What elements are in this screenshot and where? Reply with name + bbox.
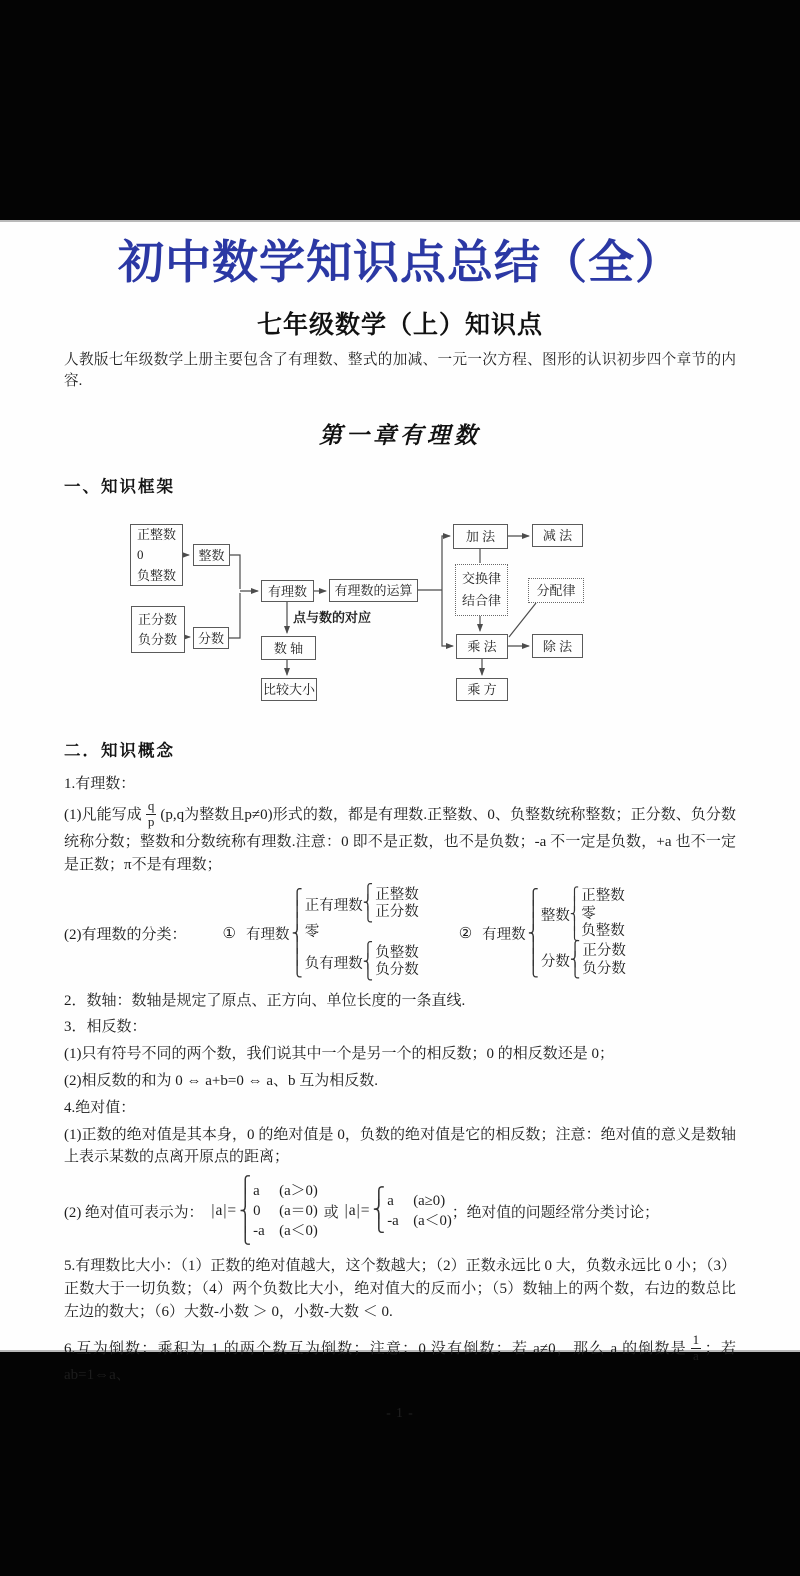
case-row: -a(a＜0) bbox=[253, 1221, 318, 1241]
case-row: 0(a＝0) bbox=[253, 1201, 318, 1221]
concept-4-title: 4.绝对值： bbox=[64, 1097, 736, 1120]
node-rational-operations: 有理数的运算 bbox=[329, 579, 418, 602]
knowledge-flowchart: 正整数 0 负整数 整数 正分数 负分数 分数 有理数 有理数的运算 点与数的对… bbox=[110, 506, 602, 713]
concept-1-title: 1.有理数： bbox=[64, 773, 736, 796]
brace-outer-1: ⎧ ⎪ ⎪ ⎨ ⎪ ⎪ ⎩ bbox=[291, 891, 302, 975]
group-label: 正有理数 bbox=[305, 894, 363, 915]
section-2-heading: 二．知识概念 bbox=[64, 737, 736, 761]
subtitle: 七年级数学（上）知识点 bbox=[64, 305, 736, 341]
main-title: 初中数学知识点总结（全） bbox=[64, 234, 736, 290]
node-compare-size: 比较大小 bbox=[261, 678, 317, 701]
brace-outer-2: ⎧ ⎪ ⎪ ⎨ ⎪ ⎪ ⎩ bbox=[528, 891, 539, 975]
class-item: 负整数 bbox=[375, 945, 419, 962]
brace-cases-1: ⎧ ⎪ ⎨ ⎪ ⎩ bbox=[239, 1179, 251, 1243]
concept-4-1: (1)正数的绝对值是其本身，0 的绝对值是 0，负数的绝对值是它的相反数；注意：… bbox=[64, 1124, 736, 1170]
concept-rational-definition: (1)凡能写成qp(p,q为整数且p≠0)形式的数，都是有理数.正整数、0、负整… bbox=[64, 800, 736, 876]
node-distributive: 分配律 bbox=[528, 578, 584, 603]
class-item: 正整数 bbox=[375, 887, 419, 904]
concept-5-compare: 5.有理数比大小：（1）正数的绝对值越大，这个数越大；（2）正数永远比 0 大，… bbox=[64, 1255, 736, 1323]
absval-lhs: |a|= bbox=[211, 1202, 237, 1220]
group-label: 整数 bbox=[541, 904, 570, 925]
cases-group-2: a(a≥0) -a(a＜0) bbox=[387, 1191, 452, 1232]
rational-classification: (2)有理数的分类： ① 有理数 ⎧ ⎪ ⎪ ⎨ ⎪ ⎪ ⎩ 正有理数 ⎧ ⎨ … bbox=[64, 887, 736, 980]
group-items: 正分数 负分数 bbox=[582, 943, 626, 978]
node-fraction: 分数 bbox=[193, 627, 229, 649]
brace-cases-2: ⎧ ⎨ ⎩ bbox=[372, 1191, 385, 1232]
brace-inner: ⎧ ⎨ ⎩ bbox=[363, 887, 374, 921]
class-item: 正整数 bbox=[581, 888, 625, 905]
node-integer-parts: 正整数 0 负整数 bbox=[130, 524, 183, 586]
concept-6-reciprocal: 6.互为倒数：乘积为 1 的两个数互为倒数；注意：0 没有倒数；若 a≠0，那么… bbox=[64, 1334, 736, 1388]
brace-inner: ⎧ ⎨ ⎩ bbox=[363, 945, 374, 979]
node-addition: 加 法 bbox=[453, 524, 508, 549]
positive-rational-group: 正有理数 ⎧ ⎨ ⎩ 正整数 正分数 bbox=[305, 887, 419, 922]
classification-root-2: 有理数 bbox=[482, 923, 526, 944]
node-multiplication: 乘 法 bbox=[456, 634, 508, 659]
absval-tail: ；绝对值的问题经常分类讨论； bbox=[452, 1201, 659, 1222]
class-item: 正分数 bbox=[582, 943, 626, 960]
node-power: 乘 方 bbox=[456, 678, 508, 701]
cases-group-1: a(a＞0) 0(a＝0) -a(a＜0) bbox=[253, 1181, 318, 1242]
concept-3-2: (2)相反数的和为 0 ⇔ a+b=0 ⇔ a、b 互为相反数. bbox=[64, 1070, 736, 1093]
case-row: a(a＞0) bbox=[253, 1181, 318, 1201]
group-items: 正整数 正分数 bbox=[375, 887, 419, 922]
group-label: 负有理数 bbox=[305, 952, 363, 973]
node-fraction-parts: 正分数 负分数 bbox=[131, 606, 185, 653]
document-page: 初中数学知识点总结（全） 七年级数学（上）知识点 人教版七年级数学上册主要包含了… bbox=[0, 220, 800, 1352]
absval-label: (2) 绝对值可表示为： bbox=[64, 1201, 203, 1222]
class-item: 正分数 bbox=[375, 904, 419, 921]
brace-inner: ⎧ ⎪ ⎨ ⎪ ⎩ bbox=[570, 889, 579, 939]
node-integer: 整数 bbox=[193, 544, 230, 566]
group-label: 分数 bbox=[541, 950, 570, 971]
classification-label: (2)有理数的分类： bbox=[64, 923, 187, 944]
section-1-heading: 一、知识框架 bbox=[64, 473, 736, 497]
class-item: 负分数 bbox=[375, 962, 419, 979]
zero-item: 零 bbox=[305, 924, 419, 941]
fraction-q-over-p: qp bbox=[146, 799, 157, 830]
def-pre: (1)凡能写成 bbox=[64, 807, 142, 823]
class-item: 负分数 bbox=[582, 961, 626, 978]
node-division: 除 法 bbox=[532, 634, 583, 658]
node-commutative-associative: 交换律 结合律 bbox=[455, 564, 508, 616]
concept-3-1: (1)只有符号不同的两个数，我们说其中一个是另一个的相反数；0 的相反数还是 0… bbox=[64, 1043, 736, 1066]
page-number: - 1 - bbox=[64, 1405, 736, 1421]
absval-lhs-2: |a|= bbox=[345, 1202, 371, 1220]
case-row: -a(a＜0) bbox=[387, 1211, 452, 1231]
absolute-value-formula: (2) 绝对值可表示为： |a|= ⎧ ⎪ ⎨ ⎪ ⎩ a(a＞0) 0(a＝0… bbox=[64, 1179, 736, 1243]
group-items: 正整数 零 负整数 bbox=[581, 888, 625, 940]
class-item: 零 bbox=[581, 906, 625, 923]
classification-root-1: 有理数 bbox=[246, 923, 290, 944]
integer-group: 整数 ⎧ ⎪ ⎨ ⎪ ⎩ 正整数 零 负整数 bbox=[541, 888, 626, 940]
case-row: a(a≥0) bbox=[387, 1191, 452, 1211]
node-rational: 有理数 bbox=[261, 580, 314, 602]
brace-inner: ⎧ ⎨ ⎩ bbox=[570, 944, 581, 978]
node-number-axis: 数 轴 bbox=[261, 636, 316, 660]
class-item: 负整数 bbox=[581, 923, 625, 940]
node-subtraction: 减 法 bbox=[532, 524, 583, 547]
or-word: 或 bbox=[324, 1201, 339, 1222]
circled-number-2: ② bbox=[459, 924, 472, 943]
negative-rational-group: 负有理数 ⎧ ⎨ ⎩ 负整数 负分数 bbox=[305, 945, 419, 980]
group-items: 负整数 负分数 bbox=[375, 945, 419, 980]
fraction-1-over-a: 1a bbox=[691, 1333, 701, 1364]
photo-frame: 初中数学知识点总结（全） 七年级数学（上）知识点 人教版七年级数学上册主要包含了… bbox=[0, 0, 800, 1576]
item6-pre: 6.互为倒数：乘积为 1 的两个数互为倒数；注意：0 没有倒数；若 a≠0，那么… bbox=[64, 1340, 687, 1356]
concept-3-title: 3．相反数： bbox=[64, 1016, 736, 1039]
circled-number-1: ① bbox=[223, 924, 236, 943]
fraction-group: 分数 ⎧ ⎨ ⎩ 正分数 负分数 bbox=[541, 943, 626, 978]
scheme-1-column: 正有理数 ⎧ ⎨ ⎩ 正整数 正分数 零 负有理数 ⎧ ⎨ ⎩ 负整数 负分数 bbox=[305, 887, 419, 980]
scheme-2-column: 整数 ⎧ ⎪ ⎨ ⎪ ⎩ 正整数 零 负整数 分数 ⎧ ⎨ ⎩ 正分数 负分数 bbox=[541, 888, 626, 978]
intro-paragraph: 人教版七年级数学上册主要包含了有理数、整式的加减、一元一次方程、图形的认识初步四… bbox=[64, 350, 736, 392]
label-point-number-correspondence: 点与数的对应 bbox=[293, 607, 371, 626]
chapter-heading: 第一章有理数 bbox=[64, 417, 736, 450]
def-post: (p,q为整数且p≠0)形式的数，都是有理数.正整数、0、负整数统称整数；正分数… bbox=[64, 807, 736, 873]
concept-2-number-axis: 2．数轴：数轴是规定了原点、正方向、单位长度的一条直线. bbox=[64, 990, 736, 1013]
